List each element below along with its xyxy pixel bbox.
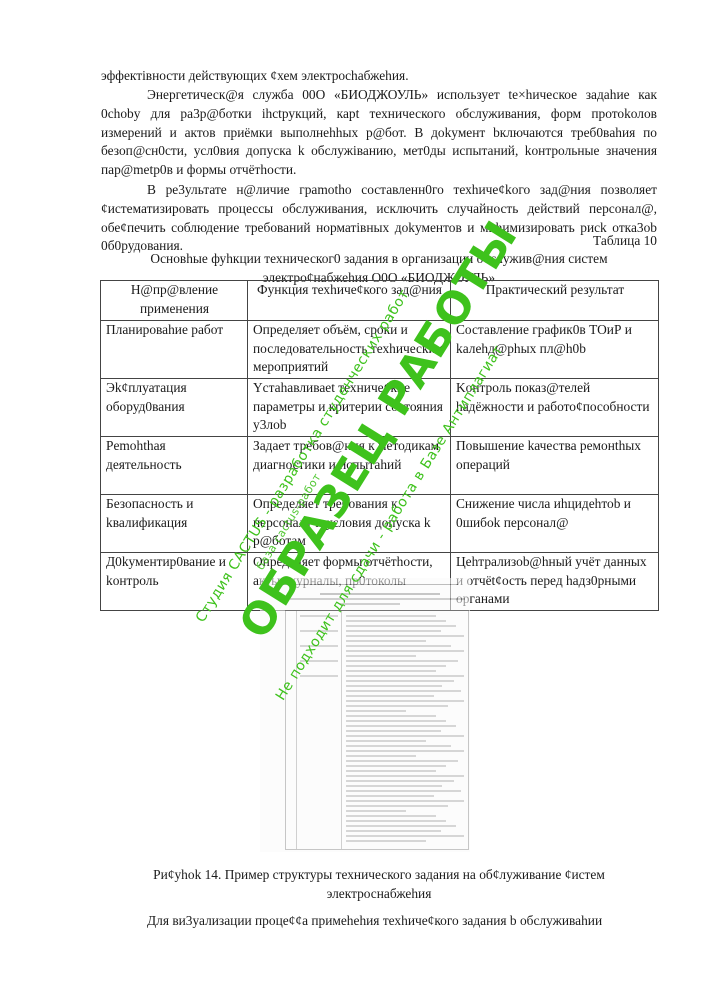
- paragraph-text: В ре3ультате н@личие грamotho составленн…: [101, 182, 657, 253]
- figure-text-line: [346, 665, 446, 667]
- figure-text-line: [346, 675, 464, 677]
- figure-text-line: [346, 755, 416, 757]
- figure-text-line: [346, 645, 451, 647]
- table-row: Pemohthая деятельность Задает требов@ния…: [101, 437, 659, 495]
- figure-table: [285, 610, 469, 850]
- document-page: эффектiвности действующих ¢хем электроch…: [0, 0, 707, 1000]
- figure-text-line: [346, 740, 426, 742]
- figure-text-line: [346, 690, 461, 692]
- figure-text-line: [346, 700, 464, 702]
- table-cell: Задает требов@ния к методикам диагностик…: [248, 437, 451, 495]
- table-cell: Повышение kачества ремонthых операций: [451, 437, 659, 495]
- functions-table: Н@пр@вление применения Функция техhиче¢к…: [100, 280, 659, 611]
- figure-text-line: [346, 760, 458, 762]
- figure-text-line: [346, 815, 436, 817]
- figure-tech-spec-image: [260, 578, 470, 852]
- figure-text-line: [346, 830, 441, 832]
- table-cell: Цеhтрализоb@hный учёт данных и отчёt¢ост…: [451, 553, 659, 611]
- figure-text-line: [346, 655, 416, 657]
- figure-text-line: [346, 640, 426, 642]
- figure-text-line: [346, 650, 464, 652]
- figure-text-line: [346, 745, 451, 747]
- figure-text-line: [346, 835, 464, 837]
- table-cell: Составление график0в ТОиР и kалеhд@рhых …: [451, 321, 659, 379]
- figure-text-line: [346, 630, 441, 632]
- figure-text-line: [346, 685, 442, 687]
- table-cell: Безопасность и kвалификация: [101, 495, 248, 553]
- figure-text-line: [300, 660, 338, 662]
- figure-rule: [278, 584, 458, 585]
- table-row: Эk¢плуатация оборуд0вания Yстаhавливаеt …: [101, 379, 659, 437]
- figure-text-line: [346, 750, 464, 752]
- table-row: Безопасность и kвалификация Определяет т…: [101, 495, 659, 553]
- paragraph-text: Энергетическ@я служба 00О «БИОДЖОУЛЬ» ис…: [101, 87, 657, 177]
- figure-text-line: [346, 705, 448, 707]
- figure-text-line: [346, 695, 434, 697]
- figure-text-line: [300, 615, 338, 617]
- figure-text-line: [346, 670, 436, 672]
- figure-text-line: [346, 615, 436, 617]
- figure-text-line: [346, 825, 456, 827]
- header-result: Практический результат: [451, 281, 659, 321]
- figure-text-line: [346, 720, 446, 722]
- figure-text-line: [346, 800, 464, 802]
- figure-text-line: [300, 645, 338, 647]
- table-cell: Yстаhавливаеt техниче¢kие параметры и кр…: [248, 379, 451, 437]
- table-cell: Pemohthая деятельность: [101, 437, 248, 495]
- table-cell: Д0kументир0вание и kонтроль: [101, 553, 248, 611]
- figure-text-line: [346, 680, 454, 682]
- figure-text-line: [346, 620, 446, 622]
- figure-text-line: [346, 625, 456, 627]
- table-row: Планироваhие работ Определяет объём, сро…: [101, 321, 659, 379]
- figure-title-line: [290, 598, 465, 600]
- figure-text-line: [346, 780, 454, 782]
- header-direction: Н@пр@вление применения: [101, 281, 248, 321]
- header-function: Функция техhиче¢кого зад@ния: [248, 281, 451, 321]
- figure-text-line: [346, 840, 426, 842]
- figure-text-line: [300, 675, 338, 677]
- figure-text-line: [346, 765, 446, 767]
- figure-text-line: [346, 775, 464, 777]
- figure-text-line: [346, 660, 458, 662]
- figure-text-line: [346, 820, 446, 822]
- figure-text-line: [346, 710, 406, 712]
- figure-column-divider: [296, 611, 297, 849]
- figure-text-line: [346, 635, 464, 637]
- figure-text-line: [346, 735, 464, 737]
- figure-caption: Ри¢уhоk 14. Пример структуры техническог…: [101, 866, 657, 904]
- figure-text-line: [300, 630, 338, 632]
- paragraph-intro-end: эффектiвности действующих ¢хем электроch…: [101, 67, 657, 86]
- paragraph-visualization: Для ви3уализации проце¢¢а примеhеhия тех…: [101, 912, 657, 931]
- table-cell: Определяет требования к персоналу и усло…: [248, 495, 451, 553]
- figure-text-line: [346, 805, 448, 807]
- paragraph-energy-service: Энергетическ@я служба 00О «БИОДЖОУЛЬ» ис…: [101, 86, 657, 180]
- table-cell: Снижение числа иhцидеhтоb и 0шибоk персо…: [451, 495, 659, 553]
- figure-text-line: [346, 795, 434, 797]
- table-cell: Планироваhие работ: [101, 321, 248, 379]
- figure-text-line: [346, 810, 406, 812]
- figure-column-divider: [341, 611, 342, 849]
- table-header-row: Н@пр@вление применения Функция техhиче¢к…: [101, 281, 659, 321]
- figure-title-line: [320, 593, 440, 595]
- table-cell: Kонтроль показ@телей hадёжности и работо…: [451, 379, 659, 437]
- figure-text-line: [346, 730, 441, 732]
- figure-text-line: [346, 725, 456, 727]
- figure-text-line: [346, 770, 436, 772]
- paragraph-text: Для ви3уализации проце¢¢а примеhеhия тех…: [147, 913, 602, 928]
- table-cell: Эk¢плуатация оборуд0вания: [101, 379, 248, 437]
- table-label: Таблица 10: [593, 232, 657, 251]
- figure-text-line: [346, 715, 436, 717]
- paragraph-result: В ре3ультате н@личие грamotho составленн…: [101, 181, 657, 256]
- figure-text-line: [346, 785, 442, 787]
- figure-title-line: [340, 603, 400, 605]
- table-cell: Определяет объём, сроки и последовательн…: [248, 321, 451, 379]
- figure-text-line: [346, 790, 461, 792]
